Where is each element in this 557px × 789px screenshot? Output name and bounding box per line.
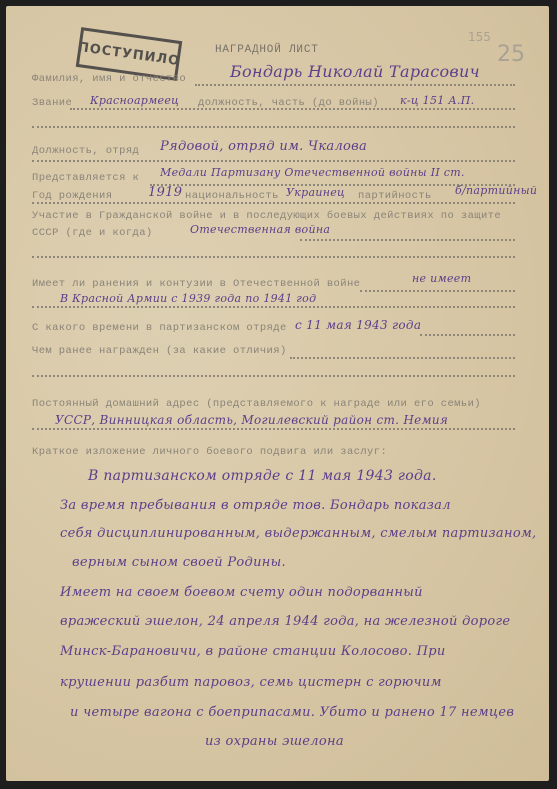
rank-label: Звание: [32, 97, 72, 109]
narrative-line: Минск-Барановичи, в районе станции Колос…: [60, 644, 446, 659]
address-value: УССР, Винницкая область, Могилевский рай…: [55, 413, 448, 427]
position-before-war-label: должность, часть (до войны): [198, 97, 379, 109]
document-title: НАГРАДНОЙ ЛИСТ: [215, 44, 319, 56]
party-value: б/партийный: [455, 184, 537, 197]
narrative-line: из охраны эшелона: [205, 734, 344, 749]
narrative-line: верным сыном своей Родины.: [72, 555, 286, 570]
name-value: Бондарь Николай Тарасович: [230, 62, 480, 81]
dotted-line: [32, 256, 515, 258]
narrative-line: крушении разбит паровоз, семь цистерн с …: [60, 675, 442, 690]
red-army-service-value: В Красной Армии с 1939 года по 1941 год: [60, 292, 316, 305]
dotted-line: [32, 375, 515, 377]
civil-war-value: Отечественная война: [190, 223, 330, 236]
birth-year-value: 1919: [148, 185, 182, 200]
narrative-line: За время пребывания в отряде тов. Бондар…: [60, 498, 451, 513]
pencil-note-number: 155: [468, 30, 491, 44]
dotted-line: [195, 84, 515, 86]
summary-label: Краткое изложение личного боевого подвиг…: [32, 446, 387, 458]
nominated-value: Медали Партизану Отечественной войны II …: [160, 166, 465, 179]
nationality-label: национальность: [185, 190, 279, 202]
dotted-line: [420, 334, 515, 336]
name-label: Фамилия, имя и отчество: [32, 73, 186, 85]
narrative-line: себя дисциплинированным, выдержанным, см…: [60, 526, 536, 541]
dotted-line: [32, 126, 515, 128]
narrative-line: Имеет на своем боевом счету один подорва…: [60, 585, 423, 600]
nominated-label: Представляется к: [32, 172, 139, 184]
civil-war-label-line-2: СССР (где и когда): [32, 227, 153, 239]
previous-awards-label: Чем ранее награжден (за какие отличия): [32, 345, 287, 357]
position-unit-label: Должность, отряд: [32, 145, 139, 157]
civil-war-label-line-1: Участие в Гражданской войне и в последую…: [32, 210, 501, 222]
award-sheet: [6, 6, 549, 781]
dotted-line: [32, 160, 515, 162]
nationality-value: Украинец: [286, 186, 345, 199]
dotted-line: [360, 290, 515, 292]
dotted-line: [290, 357, 515, 359]
party-label: партийность: [358, 190, 432, 202]
narrative-line: вражеский эшелон, 24 апреля 1944 года, н…: [60, 614, 510, 629]
partisan-since-value: с 11 мая 1943 года: [295, 318, 421, 332]
address-label: Постоянный домашний адрес (представляемо…: [32, 398, 481, 410]
narrative-line: и четыре вагона с боеприпасами. Убито и …: [70, 705, 514, 720]
birth-year-label: Год рождения: [32, 190, 112, 202]
dotted-line: [32, 202, 515, 204]
dotted-line: [32, 306, 515, 308]
wounds-label: Имеет ли ранения и контузии в Отечествен…: [32, 278, 360, 290]
wounds-value: не имеет: [412, 272, 471, 285]
position-unit-value: Рядовой, отряд им. Чкалова: [160, 139, 367, 154]
rank-value: Красноармеец: [90, 94, 179, 107]
dotted-line: [32, 428, 515, 430]
position-before-war-value: к-ц 151 А.П.: [400, 94, 474, 107]
partisan-since-label: С какого времени в партизанском отряде: [32, 322, 287, 334]
dotted-line: [300, 239, 515, 241]
pencil-note-page: 25: [497, 42, 525, 67]
narrative-line: В партизанском отряде с 11 мая 1943 года…: [88, 468, 437, 484]
